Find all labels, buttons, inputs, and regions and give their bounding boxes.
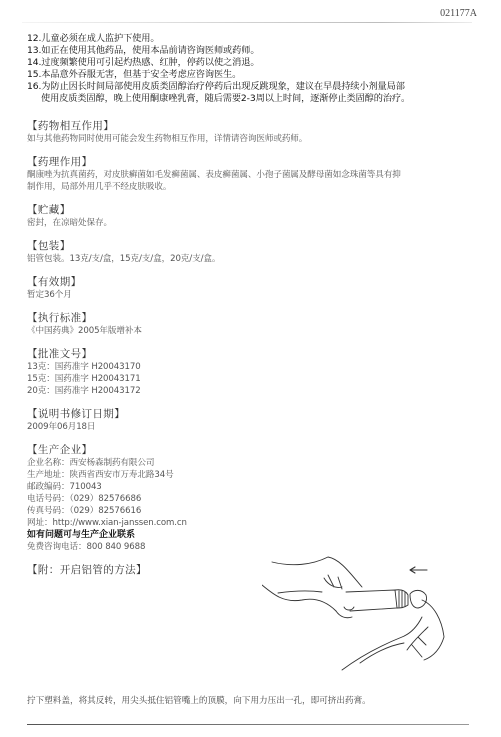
approval-number: 15克：国药准字 H20043171 [27, 373, 477, 385]
phone-number: 电话号码：（029）82576686 [27, 493, 477, 505]
leaflet-content: 12.儿童必须在成人监护下使用。 13.如正在使用其他药品，使用本品前请咨询医师… [27, 33, 477, 577]
document-code: 021177A [440, 8, 477, 19]
company-address: 生产地址：陕西省西安市万寿北路34号 [27, 469, 477, 481]
section-body: 暂定36个月 [27, 289, 477, 301]
section-title: 【生产企业】 [27, 443, 477, 457]
hands-opening-tube-illustration [262, 545, 501, 675]
website: 网址：http://www.xian-janssen.com.cn [27, 517, 477, 529]
section-interactions: 【药物相互作用】 如与其他药物同时使用可能会发生药物相互作用，详情请咨询医师或药… [27, 119, 477, 145]
section-title: 【药理作用】 [27, 155, 477, 169]
section-body: 2009年06月18日 [27, 421, 477, 433]
section-body: 《中国药典》2005年版增补本 [27, 325, 477, 337]
precaution-item: 16.为防止因长时间局部使用皮质类固醇治疗停药后出现反跳现象，建议在早晨持续小剂… [27, 81, 477, 93]
bottom-divider [27, 724, 469, 725]
postal-code: 邮政编码：710043 [27, 481, 477, 493]
precaution-item: 13.如正在使用其他药品，使用本品前请咨询医师或药师。 [27, 45, 477, 57]
company-name: 企业名称：西安杨森制药有限公司 [27, 457, 477, 469]
section-packaging: 【包装】 铝管包装。13克/支/盒，15克/支/盒，20克/支/盒。 [27, 239, 477, 265]
precaution-item-continued: 使用皮质类固醇，晚上使用酮康唑乳膏，随后需要2-3周以上时间，逐渐停止类固醇的治… [27, 93, 477, 105]
precaution-item: 15.本品意外吞服无害，但基于安全考虑应咨询医生。 [27, 69, 477, 81]
section-title: 【包装】 [27, 239, 477, 253]
section-title: 【执行标准】 [27, 311, 477, 325]
section-body: 如与其他药物同时使用可能会发生药物相互作用，详情请咨询医师或药师。 [27, 133, 477, 145]
section-body: 密封，在凉暗处保存。 [27, 217, 477, 229]
section-storage: 【贮藏】 密封，在凉暗处保存。 [27, 203, 477, 229]
section-approval: 【批准文号】 13克：国药准字 H20043170 15克：国药准字 H2004… [27, 347, 477, 397]
section-standard: 【执行标准】 《中国药典》2005年版增补本 [27, 311, 477, 337]
top-divider [22, 22, 472, 23]
section-title: 【贮藏】 [27, 203, 477, 217]
section-body-line: 制作用，局部外用几乎不经皮肤吸收。 [27, 181, 477, 193]
section-pharmacology: 【药理作用】 酮康唑为抗真菌药，对皮肤癣菌如毛发癣菌属、表皮癣菌属、小孢子菌属及… [27, 155, 477, 193]
section-body-line: 酮康唑为抗真菌药，对皮肤癣菌如毛发癣菌属、表皮癣菌属、小孢子菌属及酵母菌如念珠菌… [27, 169, 477, 181]
section-title: 【有效期】 [27, 275, 477, 289]
section-manufacturer: 【生产企业】 企业名称：西安杨森制药有限公司 生产地址：陕西省西安市万寿北路34… [27, 443, 477, 553]
approval-number: 13克：国药准字 H20043170 [27, 361, 477, 373]
fax-number: 传真号码：（029）82576616 [27, 505, 477, 517]
opening-method-instructions: 拧下塑料盖，将其反转，用尖头抵住铝管嘴上的顶膜，向下用力压出一孔，即可挤出药膏。 [27, 694, 371, 706]
section-validity: 【有效期】 暂定36个月 [27, 275, 477, 301]
section-title: 【说明书修订日期】 [27, 407, 477, 421]
precaution-item: 12.儿童必须在成人监护下使用。 [27, 33, 477, 45]
approval-number: 20克：国药准字 H20043172 [27, 385, 477, 397]
contact-note: 如有问题可与生产企业联系 [27, 529, 477, 541]
section-body: 铝管包装。13克/支/盒，15克/支/盒，20克/支/盒。 [27, 253, 477, 265]
precautions-list: 12.儿童必须在成人监护下使用。 13.如正在使用其他药品，使用本品前请咨询医师… [27, 33, 477, 105]
section-title: 【批准文号】 [27, 347, 477, 361]
section-title: 【药物相互作用】 [27, 119, 477, 133]
precaution-item: 14.过度频繁使用可引起灼热感、红肿，停药以使之消退。 [27, 57, 477, 69]
section-revision-date: 【说明书修订日期】 2009年06月18日 [27, 407, 477, 433]
